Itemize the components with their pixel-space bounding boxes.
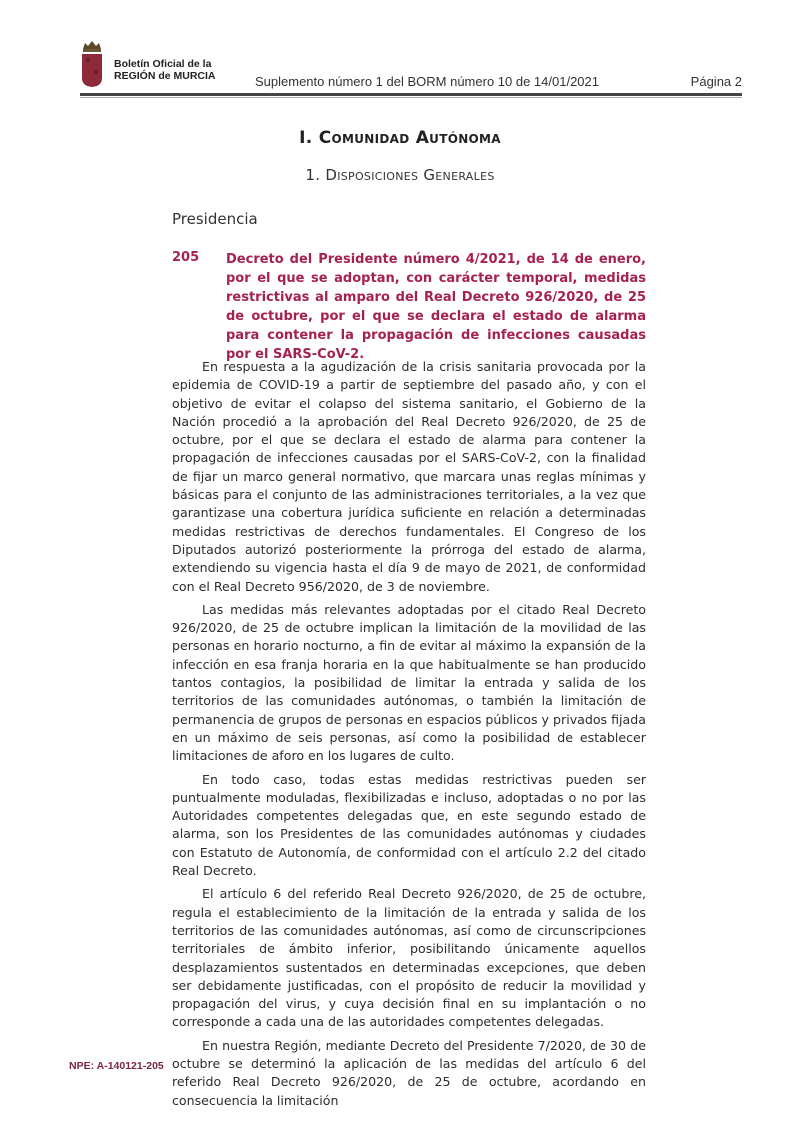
brand-line-2: REGIÓN de MURCIA xyxy=(114,70,216,82)
paragraph: En respuesta a la agudización de la cris… xyxy=(172,358,646,596)
header-divider xyxy=(80,93,742,96)
paragraph: En todo caso, todas estas medidas restri… xyxy=(172,771,646,881)
npe-code: NPE: A-140121-205 xyxy=(69,1060,164,1072)
decree-title: Decreto del Presidente número 4/2021, de… xyxy=(226,250,646,364)
page-number: Página 2 xyxy=(691,74,742,89)
supplement-label: Suplemento número 1 del BORM número 10 d… xyxy=(255,74,599,89)
bulletin-brand: Boletín Oficial de la REGIÓN de MURCIA xyxy=(114,58,216,82)
coat-of-arms-icon xyxy=(80,40,104,88)
document-body: En respuesta a la agudización de la cris… xyxy=(172,358,646,1115)
organism-label: Presidencia xyxy=(172,210,258,228)
paragraph: En nuestra Región, mediante Decreto del … xyxy=(172,1037,646,1110)
section-title: I. Comunidad Autónoma xyxy=(0,128,800,148)
brand-line-1: Boletín Oficial de la xyxy=(114,58,216,70)
section-subtitle: 1. Disposiciones Generales xyxy=(0,166,800,184)
page-header: Boletín Oficial de la REGIÓN de MURCIA S… xyxy=(80,40,742,92)
decree-number: 205 xyxy=(172,250,199,265)
paragraph: Las medidas más relevantes adoptadas por… xyxy=(172,601,646,766)
paragraph: El artículo 6 del referido Real Decreto … xyxy=(172,885,646,1031)
header-divider-thin xyxy=(80,97,742,98)
